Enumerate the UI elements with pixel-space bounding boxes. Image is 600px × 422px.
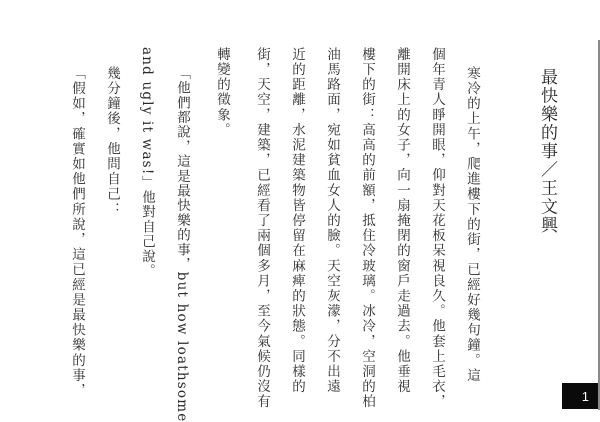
text-column-12: 「假如，確實如他們所說，這已經是最快樂的事， (67, 66, 87, 398)
story-title: 最快樂的事／王文興 (536, 68, 558, 235)
text-column-9: 「他們都說，這是最快樂的事，but how loathsome (172, 66, 192, 422)
text-column-8: 轉變的徵象。 (212, 47, 232, 138)
text-column-7: 街，天空，建築，已經看了兩個多月，至今氣候仍沒有 (252, 47, 272, 409)
text-column-6: 近的距離，水泥建築物皆停留在麻痺的狀態。同樣的 (287, 47, 307, 394)
text-column-4: 樓下的街：高高的前額，抵住冷玻璃。冰冷，空洞的柏 (357, 47, 377, 409)
text-column-11: 幾分鐘後，他問自己： (102, 66, 122, 217)
text-column-2: 個年青人睜開眼，仰對天花板呆視良久。他套上毛衣， (427, 47, 447, 409)
text-column-1: 寒冷的上午，爬進樓下的街，已經好幾句鐘。這 (462, 66, 482, 383)
document-page: 最快樂的事／王文興 寒冷的上午，爬進樓下的街，已經好幾句鐘。這 個年青人睜開眼，… (0, 0, 600, 422)
page-number-badge: 1 (562, 383, 598, 409)
text-column-5: 油馬路面，宛如貧血女人的臉。天空灰濛，分不出遠 (322, 47, 342, 394)
text-column-10: and ugly it was!」他對自己說。 (137, 47, 157, 278)
text-column-3: 離開床上的女子，向一扇掩閉的窗戶走過去。他垂視 (392, 47, 412, 394)
